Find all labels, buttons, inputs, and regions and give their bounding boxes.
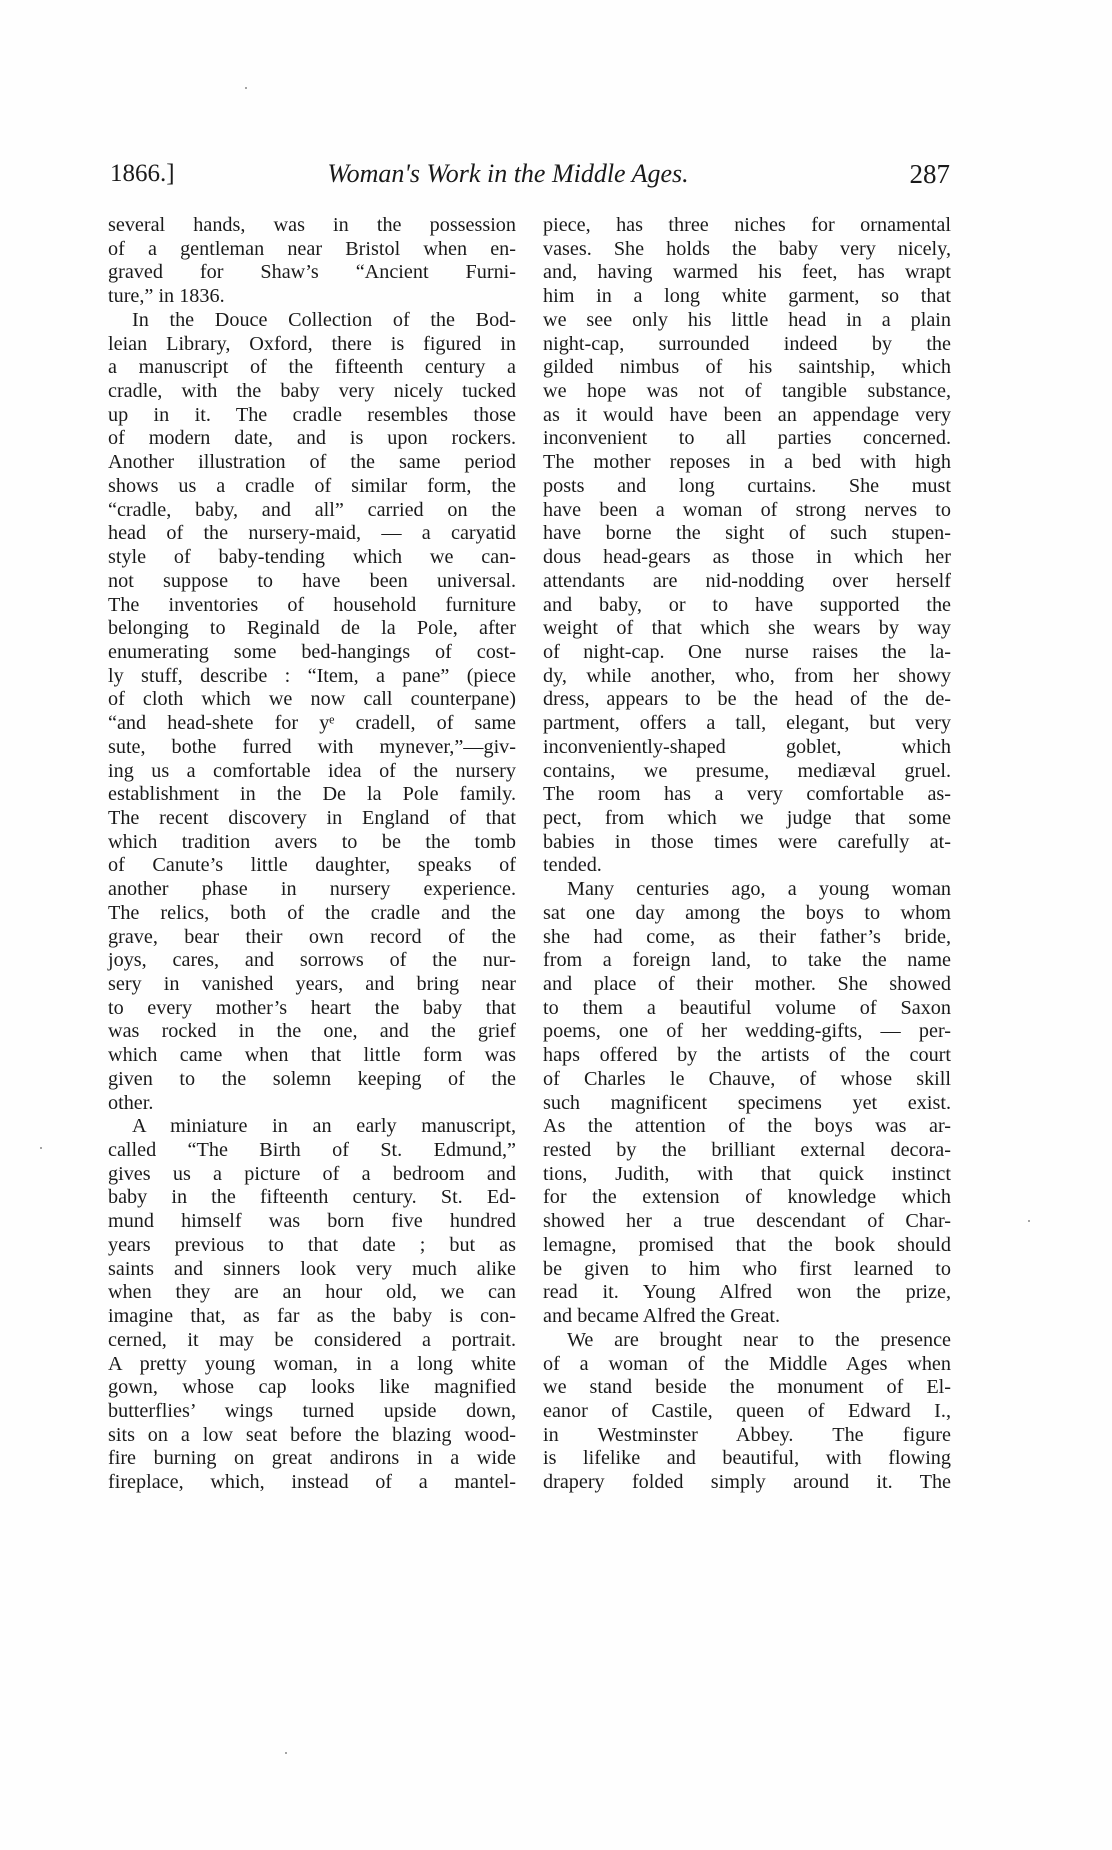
text-line: not suppose to have been universal. xyxy=(108,570,516,594)
text-line: “and head-shete for yᵉ cradell, of same xyxy=(108,712,516,736)
text-line: The mother reposes in a bed with high xyxy=(543,451,951,475)
text-line: dous head-gears as those in which her xyxy=(543,546,951,570)
text-line: baby in the fifteenth century. St. Ed- xyxy=(108,1186,516,1210)
left-column: several hands, was in the possessionof a… xyxy=(108,214,516,1495)
text-line: dress, appears to be the head of the de- xyxy=(543,688,951,712)
text-line: drapery folded simply around it. The xyxy=(543,1471,951,1495)
text-line: of a woman of the Middle Ages when xyxy=(543,1353,951,1377)
text-line: sits on a low seat before the blazing wo… xyxy=(108,1424,516,1448)
text-line: mund himself was born five hundred xyxy=(108,1210,516,1234)
text-line: “cradle, baby, and all” carried on the xyxy=(108,499,516,523)
running-header: 1866.] Woman's Work in the Middle Ages. … xyxy=(108,158,950,190)
header-title: Woman's Work in the Middle Ages. xyxy=(298,158,718,190)
paper-speck xyxy=(1028,1220,1030,1222)
text-line: We are brought near to the presence xyxy=(543,1329,951,1353)
text-line: haps offered by the artists of the court xyxy=(543,1044,951,1068)
text-line: of modern date, and is upon rockers. xyxy=(108,427,516,451)
text-line: butterflies’ wings turned upside down, xyxy=(108,1400,516,1424)
text-line: Another illustration of the same period xyxy=(108,451,516,475)
text-line: head of the nursery-maid, — a caryatid xyxy=(108,522,516,546)
text-line: establishment in the De la Pole family. xyxy=(108,783,516,807)
text-line: him in a long white garment, so that xyxy=(543,285,951,309)
text-line: years previous to that date ; but as xyxy=(108,1234,516,1258)
text-line: poems, one of her wedding-gifts, — per- xyxy=(543,1020,951,1044)
text-line: graved for Shaw’s “Ancient Furni- xyxy=(108,261,516,285)
text-line: several hands, was in the possession xyxy=(108,214,516,238)
text-line: of cloth which we now call counterpane) xyxy=(108,688,516,712)
text-line: of a gentleman near Bristol when en- xyxy=(108,238,516,262)
text-line: dy, while another, who, from her showy xyxy=(543,665,951,689)
text-line: such magnificent specimens yet exist. xyxy=(543,1092,951,1116)
text-line: up in it. The cradle resembles those xyxy=(108,404,516,428)
text-line: to them a beautiful volume of Saxon xyxy=(543,997,951,1021)
text-line: sute, bothe furred with mynever,”—giv- xyxy=(108,736,516,760)
text-line: babies in those times were carefully at- xyxy=(543,831,951,855)
page-number: 287 xyxy=(910,158,951,190)
text-line: from a foreign land, to take the name xyxy=(543,949,951,973)
text-line: piece, has three niches for ornamental xyxy=(543,214,951,238)
text-line: sat one day among the boys to whom xyxy=(543,902,951,926)
text-line: enumerating some bed-hangings of cost- xyxy=(108,641,516,665)
text-line: of Canute’s little daughter, speaks of xyxy=(108,854,516,878)
text-line: grave, bear their own record of the xyxy=(108,926,516,950)
text-line: to every mother’s heart the baby that xyxy=(108,997,516,1021)
text-line: ture,” in 1836. xyxy=(108,285,516,309)
text-line: in Westminster Abbey. The figure xyxy=(543,1424,951,1448)
text-line: have borne the sight of such stupen- xyxy=(543,522,951,546)
book-page: 1866.] Woman's Work in the Middle Ages. … xyxy=(0,0,1112,1850)
text-line: The recent discovery in England of that xyxy=(108,807,516,831)
text-line: another phase in nursery experience. xyxy=(108,878,516,902)
text-line: read it. Young Alfred won the prize, xyxy=(543,1281,951,1305)
text-line: vases. She holds the baby very nicely, xyxy=(543,238,951,262)
text-line: which came when that little form was xyxy=(108,1044,516,1068)
text-line: gives us a picture of a bedroom and xyxy=(108,1163,516,1187)
text-line: fireplace, which, instead of a mantel- xyxy=(108,1471,516,1495)
text-line: partment, offers a tall, elegant, but ve… xyxy=(543,712,951,736)
text-line: a manuscript of the fifteenth century a xyxy=(108,356,516,380)
text-line: As the attention of the boys was ar- xyxy=(543,1115,951,1139)
text-line: of Charles le Chauve, of whose skill xyxy=(543,1068,951,1092)
text-line: tended. xyxy=(543,854,951,878)
text-line: The inventories of household furniture xyxy=(108,594,516,618)
text-line: cradle, with the baby very nicely tucked xyxy=(108,380,516,404)
right-column: piece, has three niches for ornamentalva… xyxy=(543,214,951,1495)
text-line: leian Library, Oxford, there is figured … xyxy=(108,333,516,357)
text-line: and became Alfred the Great. xyxy=(543,1305,951,1329)
paper-speck xyxy=(40,1147,42,1149)
header-year: 1866.] xyxy=(110,158,175,190)
text-line: style of baby-tending which we can- xyxy=(108,546,516,570)
text-line: and, having warmed his feet, has wrapt xyxy=(543,261,951,285)
text-line: for the extension of knowledge which xyxy=(543,1186,951,1210)
text-line: ing us a comfortable idea of the nursery xyxy=(108,760,516,784)
text-line: we stand beside the monument of El- xyxy=(543,1376,951,1400)
text-line: we see only his little head in a plain xyxy=(543,309,951,333)
paper-speck xyxy=(245,87,247,89)
text-line: ly stuff, describe : “Item, a pane” (pie… xyxy=(108,665,516,689)
text-line: attendants are nid-nodding over herself xyxy=(543,570,951,594)
text-line: joys, cares, and sorrows of the nur- xyxy=(108,949,516,973)
text-line: In the Douce Collection of the Bod- xyxy=(108,309,516,333)
text-line: we hope was not of tangible substance, xyxy=(543,380,951,404)
text-line: pect, from which we judge that some xyxy=(543,807,951,831)
text-line: sery in vanished years, and bring near xyxy=(108,973,516,997)
text-line: showed her a true descendant of Char- xyxy=(543,1210,951,1234)
text-line: and place of their mother. She showed xyxy=(543,973,951,997)
text-line: be given to him who first learned to xyxy=(543,1258,951,1282)
text-line: posts and long curtains. She must xyxy=(543,475,951,499)
text-line: is lifelike and beautiful, with flowing xyxy=(543,1447,951,1471)
text-line: other. xyxy=(108,1092,516,1116)
text-line: called “The Birth of St. Edmund,” xyxy=(108,1139,516,1163)
text-line: given to the solemn keeping of the xyxy=(108,1068,516,1092)
paper-speck xyxy=(285,1752,287,1754)
text-line: have been a woman of strong nerves to xyxy=(543,499,951,523)
text-line: cerned, it may be considered a portrait. xyxy=(108,1329,516,1353)
text-line: was rocked in the one, and the grief xyxy=(108,1020,516,1044)
text-line: inconveniently-shaped goblet, which xyxy=(543,736,951,760)
text-line: Many centuries ago, a young woman xyxy=(543,878,951,902)
text-line: inconvenient to all parties concerned. xyxy=(543,427,951,451)
text-line: she had come, as their father’s bride, xyxy=(543,926,951,950)
text-line: which tradition avers to be the tomb xyxy=(108,831,516,855)
text-line: lemagne, promised that the book should xyxy=(543,1234,951,1258)
text-line: eanor of Castile, queen of Edward I., xyxy=(543,1400,951,1424)
text-line: shows us a cradle of similar form, the xyxy=(108,475,516,499)
text-line: gown, whose cap looks like magnified xyxy=(108,1376,516,1400)
text-line: saints and sinners look very much alike xyxy=(108,1258,516,1282)
text-line: gilded nimbus of his saintship, which xyxy=(543,356,951,380)
text-line: imagine that, as far as the baby is con- xyxy=(108,1305,516,1329)
text-line: night-cap, surrounded indeed by the xyxy=(543,333,951,357)
text-line: The relics, both of the cradle and the xyxy=(108,902,516,926)
text-line: when they are an hour old, we can xyxy=(108,1281,516,1305)
text-line: A miniature in an early manuscript, xyxy=(108,1115,516,1139)
text-line: fire burning on great andirons in a wide xyxy=(108,1447,516,1471)
text-line: belonging to Reginald de la Pole, after xyxy=(108,617,516,641)
text-line: contains, we presume, mediæval gruel. xyxy=(543,760,951,784)
text-line: of night-cap. One nurse raises the la- xyxy=(543,641,951,665)
text-line: and baby, or to have supported the xyxy=(543,594,951,618)
text-line: as it would have been an appendage very xyxy=(543,404,951,428)
text-line: A pretty young woman, in a long white xyxy=(108,1353,516,1377)
text-line: The room has a very comfortable as- xyxy=(543,783,951,807)
text-line: rested by the brilliant external decora- xyxy=(543,1139,951,1163)
text-line: weight of that which she wears by way xyxy=(543,617,951,641)
text-line: tions, Judith, with that quick instinct xyxy=(543,1163,951,1187)
